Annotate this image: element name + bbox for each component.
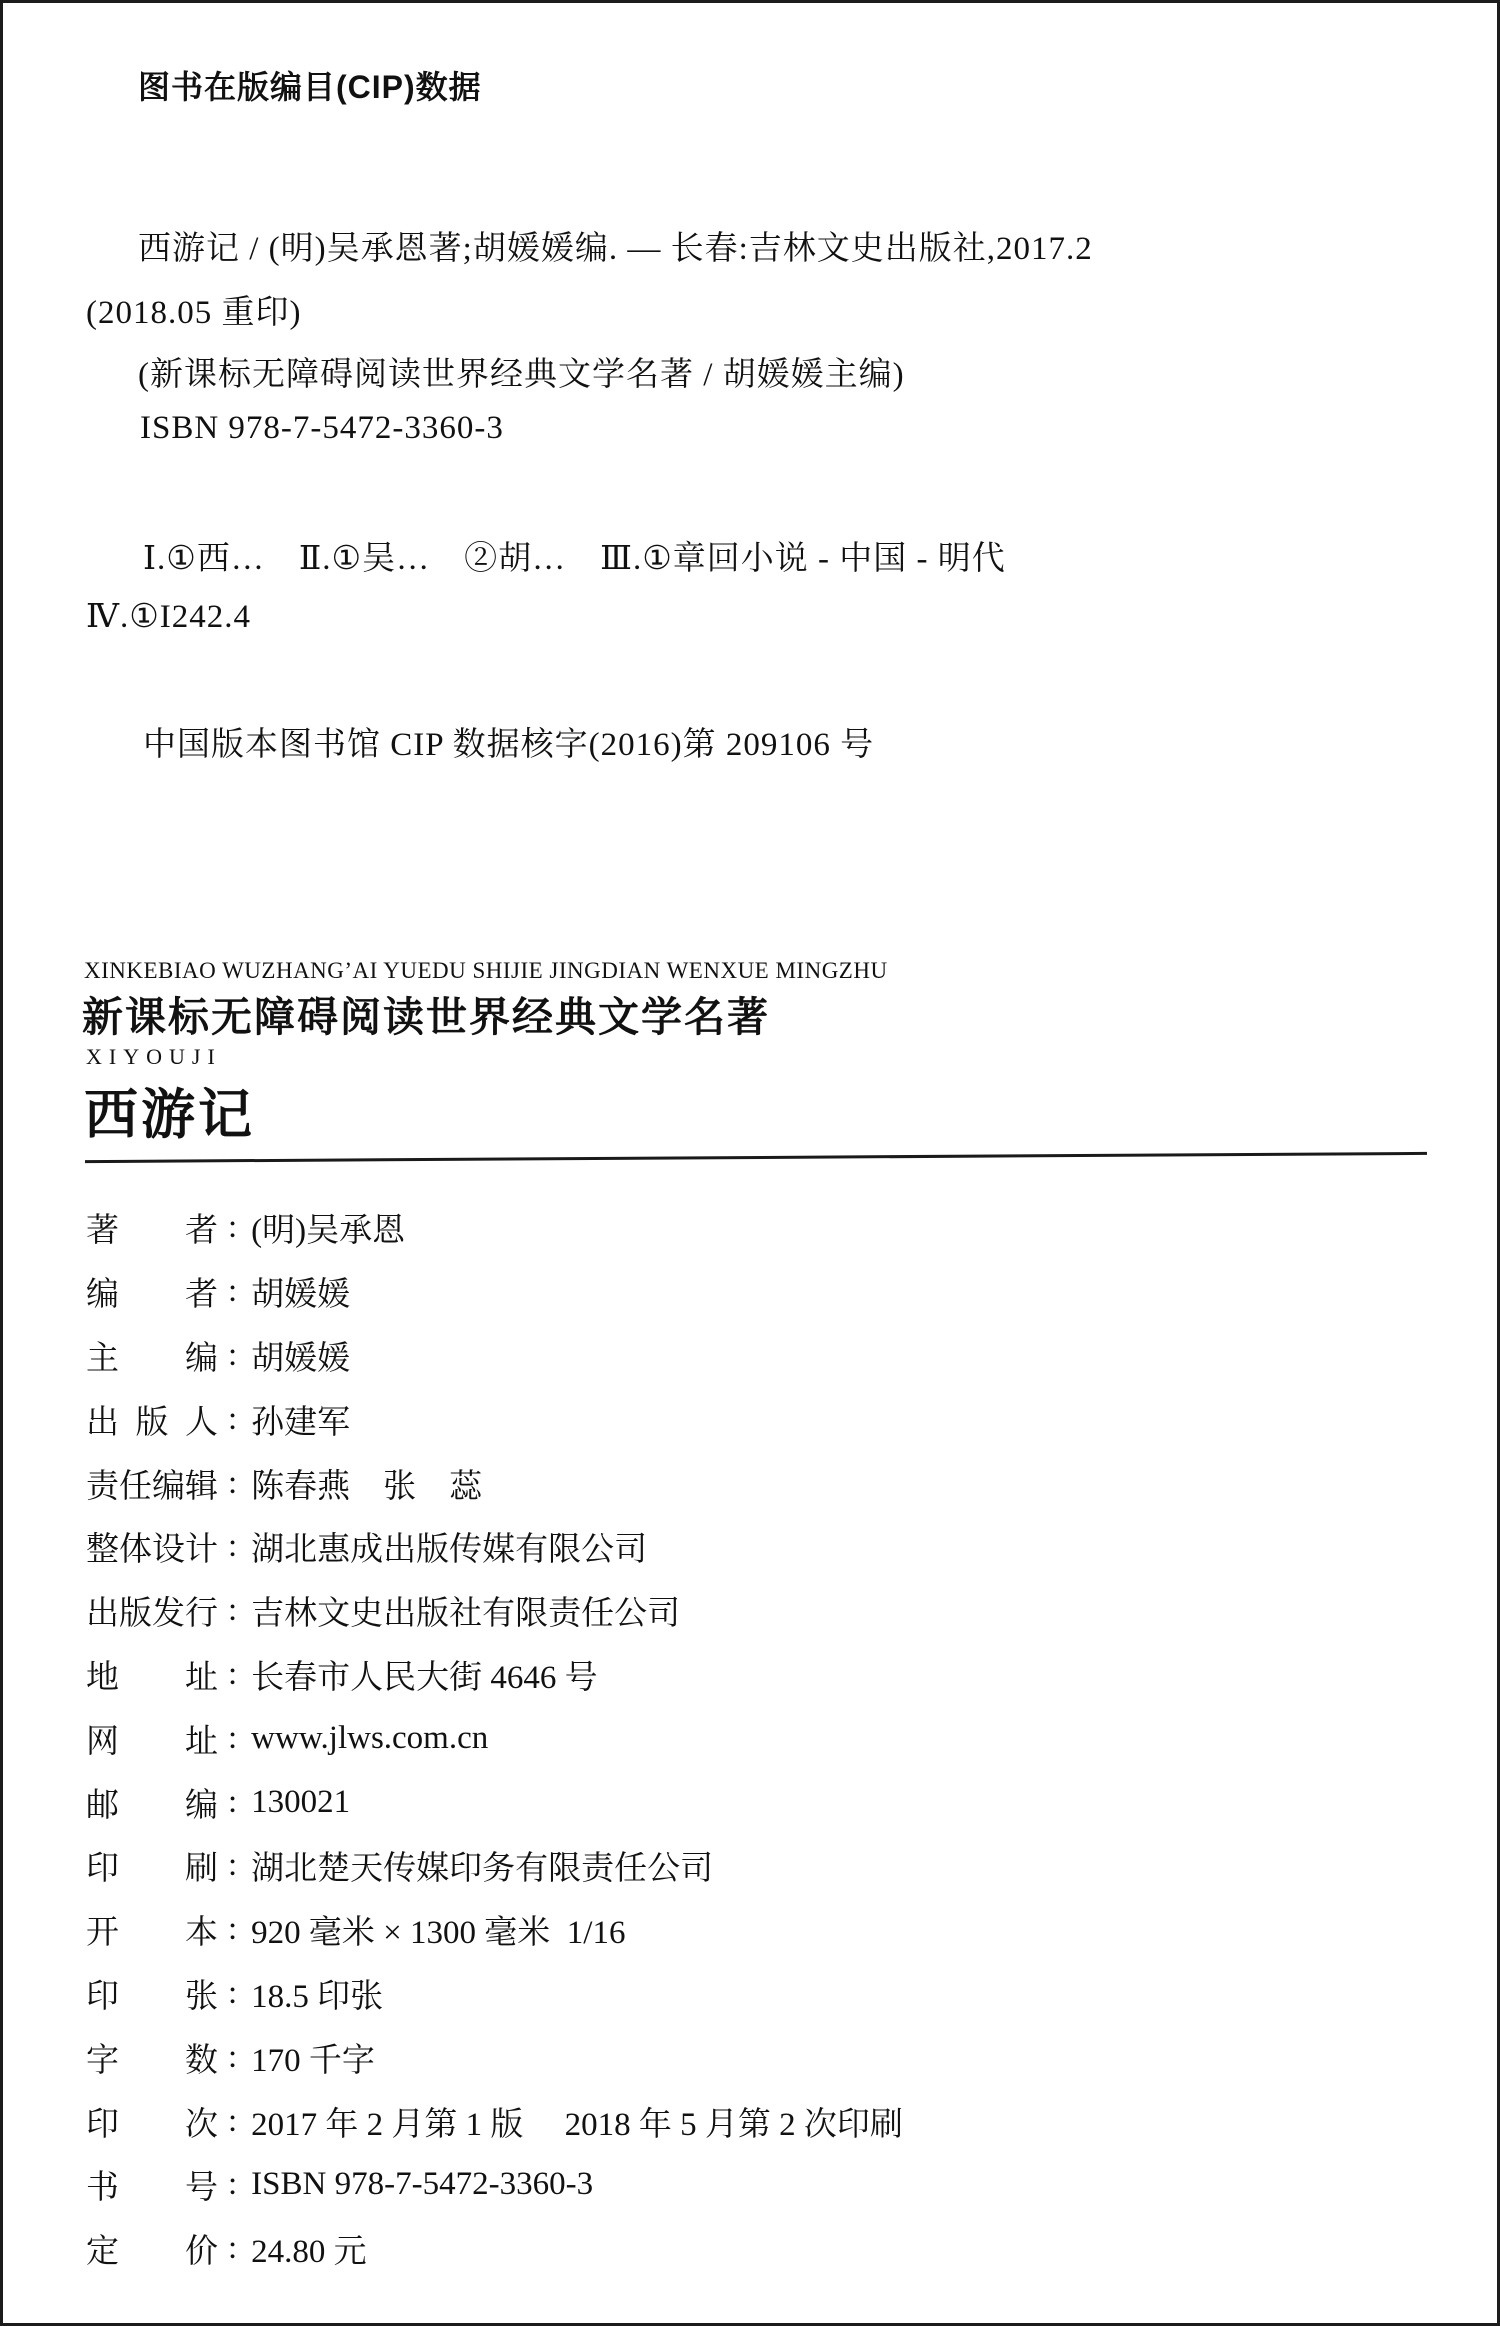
colophon-label: 邮编 <box>86 1779 218 1826</box>
colophon-value: 130021 <box>251 1784 350 1821</box>
colophon-label: 字数 <box>86 2034 218 2081</box>
colophon-row-sheets: 印张:18.5 印张 <box>86 1962 1426 2026</box>
colophon-value: 胡媛媛 <box>251 1268 350 1315</box>
colophon-value: 陈春燕 张 蕊 <box>251 1460 482 1507</box>
colophon-row-printing: 印次:2017 年 2 月第 1 版 2018 年 5 月第 2 次印刷 <box>86 2089 1426 2153</box>
colophon-label: 印张 <box>86 1970 218 2017</box>
colophon-label: 开本 <box>86 1906 218 1953</box>
series-title: 新课标无障碍阅读世界经典文学名著 <box>82 984 770 1043</box>
colophon-row-price: 定价:24.80 元 <box>86 2217 1426 2281</box>
colophon-label: 编者 <box>86 1268 218 1315</box>
colophon-value: 吉林文史出版社有限责任公司 <box>251 1587 680 1634</box>
colon: : <box>228 1528 237 1565</box>
colon: : <box>228 2166 237 2203</box>
colon: : <box>228 1911 237 1948</box>
colophon-value: 孙建军 <box>251 1396 350 1443</box>
colophon-value: ISBN 978-7-5472-3360-3 <box>251 2166 593 2203</box>
colophon-row-address: 地址:长春市人民大街 4646 号 <box>86 1643 1426 1707</box>
colophon-label: 书号 <box>86 2161 218 2208</box>
cip-entry-line1: 西游记 / (明)吴承恩著;胡媛媛编. — 长春:吉林文史出版社,2017.2 <box>138 222 1093 269</box>
colophon-label: 网址 <box>86 1715 218 1762</box>
cip-entry-line2: (2018.05 重印) <box>86 286 301 333</box>
colophon-row-design: 整体设计:湖北惠成出版传媒有限公司 <box>86 1515 1426 1579</box>
series-pinyin: XINKEBIAO WUZHANG’AI YUEDU SHIJIE JINGDI… <box>84 958 888 984</box>
book-title: 西游记 <box>84 1072 255 1149</box>
colophon-label: 主编 <box>86 1332 218 1379</box>
cip-heading: 图书在版编目(CIP)数据 <box>138 62 482 108</box>
colophon-row-editor: 编者:胡媛媛 <box>86 1260 1426 1324</box>
colophon-label: 定价 <box>86 2225 218 2272</box>
cip-isbn: ISBN 978-7-5472-3360-3 <box>140 410 504 447</box>
colophon-row-publishing-house: 出版发行:吉林文史出版社有限责任公司 <box>86 1579 1426 1643</box>
colophon-value: 24.80 元 <box>251 2225 367 2272</box>
cip-series-note: (新课标无障碍阅读世界经典文学名著 / 胡媛媛主编) <box>138 348 905 395</box>
cip-classification-line1: Ⅰ.①西… Ⅱ.①吴… ②胡… Ⅲ.①章回小说 - 中国 - 明代 <box>143 532 1006 579</box>
colophon-row-postcode: 邮编:130021 <box>86 1770 1426 1834</box>
colophon-value: 长春市人民大街 4646 号 <box>251 1651 598 1698</box>
colon: : <box>228 1656 237 1693</box>
book-title-pinyin: XIYOUJI <box>86 1044 222 1070</box>
colophon-label: 出版人 <box>86 1396 218 1443</box>
colophon-label: 印刷 <box>86 1842 218 1889</box>
colophon-row-responsible-editor: 责任编辑:陈春燕 张 蕊 <box>86 1451 1426 1515</box>
colophon-row-chief-editor: 主编:胡媛媛 <box>86 1324 1426 1388</box>
colophon-row-website: 网址:www.jlws.com.cn <box>86 1706 1426 1770</box>
colon: : <box>228 1784 237 1821</box>
colophon-value: 920 毫米 × 1300 毫米 1/16 <box>251 1906 625 1953</box>
colophon-value: 2017 年 2 月第 1 版 2018 年 5 月第 2 次印刷 <box>251 2098 903 2145</box>
colophon-value: 170 千字 <box>251 2034 375 2081</box>
colophon-row-printer: 印刷:湖北楚天传媒印务有限责任公司 <box>86 1834 1426 1898</box>
colon: : <box>228 1847 237 1884</box>
colophon-label: 出版发行 <box>86 1587 218 1634</box>
colophon: 著者:(明)吴承恩 编者:胡媛媛 主编:胡媛媛 出版人:孙建军 责任编辑:陈春燕… <box>86 1196 1426 2281</box>
colophon-value: 湖北惠成出版传媒有限公司 <box>251 1523 647 1570</box>
colon: : <box>228 1720 237 1757</box>
colon: : <box>228 2039 237 2076</box>
colophon-value: (明)吴承恩 <box>251 1204 405 1251</box>
colophon-row-author: 著者:(明)吴承恩 <box>86 1196 1426 1260</box>
colon: : <box>228 1401 237 1438</box>
colophon-row-format: 开本:920 毫米 × 1300 毫米 1/16 <box>86 1898 1426 1962</box>
colophon-value: 18.5 印张 <box>251 1970 383 2017</box>
colophon-value: 湖北楚天传媒印务有限责任公司 <box>251 1842 713 1889</box>
colon: : <box>228 1337 237 1374</box>
colophon-value: 胡媛媛 <box>251 1332 350 1379</box>
colophon-label: 整体设计 <box>86 1523 218 1570</box>
colon: : <box>228 2230 237 2267</box>
horizontal-rule <box>85 1152 1427 1163</box>
colon: : <box>228 1465 237 1502</box>
colophon-row-publisher-person: 出版人:孙建军 <box>86 1387 1426 1451</box>
colon: : <box>228 1209 237 1246</box>
colophon-row-wordcount: 字数:170 千字 <box>86 2025 1426 2089</box>
cip-classification-line2: Ⅳ.①I242.4 <box>86 596 251 636</box>
colon: : <box>228 1592 237 1629</box>
colophon-label: 责任编辑 <box>86 1460 218 1507</box>
colophon-value: www.jlws.com.cn <box>251 1720 488 1757</box>
colon: : <box>228 1975 237 2012</box>
colophon-label: 著者 <box>86 1204 218 1251</box>
cip-registry-number: 中国版本图书馆 CIP 数据核字(2016)第 209106 号 <box>143 718 874 765</box>
colophon-label: 印次 <box>86 2098 218 2145</box>
colon: : <box>228 1273 237 1310</box>
colon: : <box>228 2103 237 2140</box>
colophon-label: 地址 <box>86 1651 218 1698</box>
colophon-row-isbn: 书号:ISBN 978-7-5472-3360-3 <box>86 2153 1426 2217</box>
